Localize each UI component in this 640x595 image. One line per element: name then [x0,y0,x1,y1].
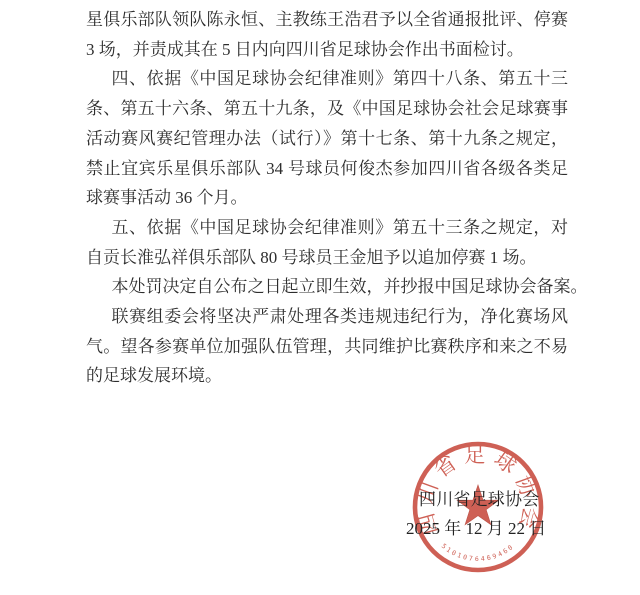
seal-serial-holder: 5101076469460 [440,542,516,563]
paragraph-effective-note: 本处罚决定自公布之日起立即生效，并抄报中国足球协会备案。 [86,272,568,302]
signature-date: 2025 年 12 月 22 日 [406,519,546,539]
seal-serial-number: 5101076469460 [440,542,516,563]
document-body: 星俱乐部队领队陈永恒、主教练王浩君予以全省通报批评、停赛 3 场，并责成其在 5… [86,5,568,391]
paragraph-item-four: 四、依据《中国足球协会纪律准则》第四十八条、第五十三条、第五十六条、第五十九条，… [86,64,568,213]
paragraph-closing: 联赛组委会将坚决严肃处理各类违规违纪行为，净化赛场风气。望各参赛单位加强队伍管理… [86,302,568,391]
signature-organization: 四川省足球协会 [419,490,539,510]
paragraph-item-five: 五、依据《中国足球协会纪律准则》第五十三条之规定，对自贡长淮弘祥俱乐部队 80 … [86,213,568,272]
paragraph-continuation: 星俱乐部队领队陈永恒、主教练王浩君予以全省通报批评、停赛 3 场，并责成其在 5… [86,5,568,64]
document-page: 星俱乐部队领队陈永恒、主教练王浩君予以全省通报批评、停赛 3 场，并责成其在 5… [0,0,640,595]
